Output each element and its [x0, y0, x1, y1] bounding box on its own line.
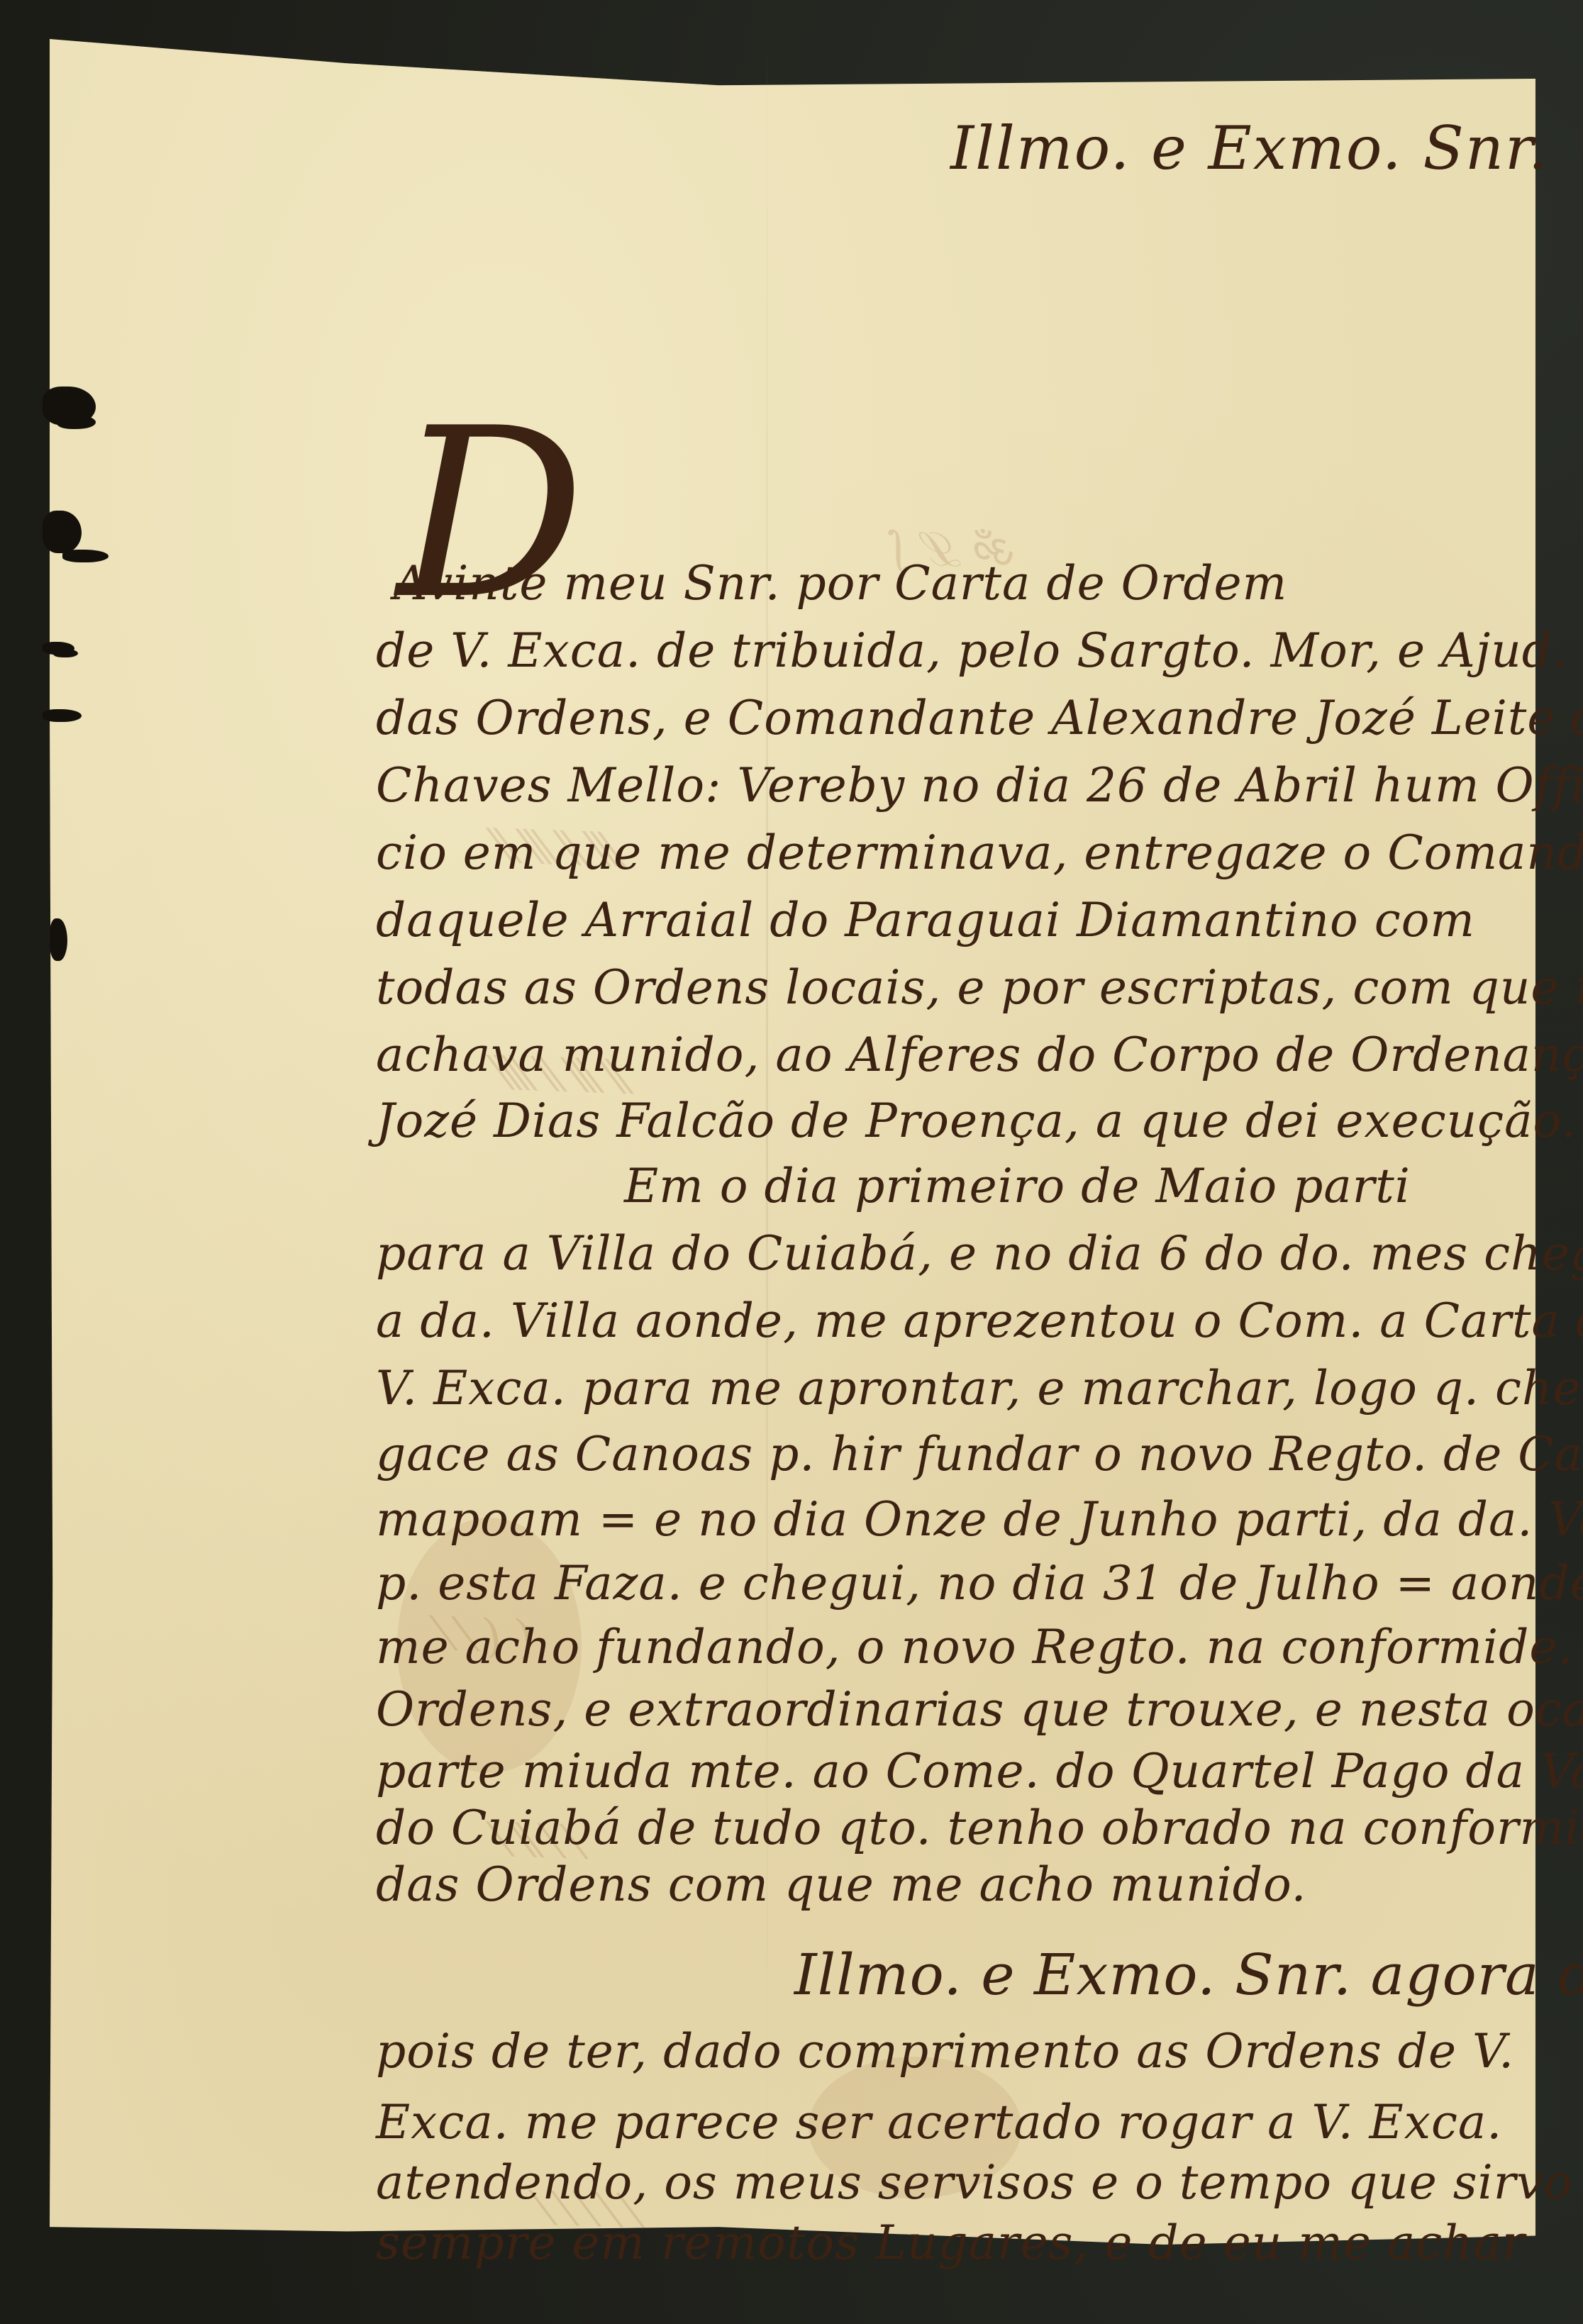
edge-damage: [53, 649, 78, 657]
text-line: pois de ter, dado comprimento as Ordens …: [376, 2028, 1539, 2075]
text-line: Exca. me parece ser acertado rogar a V. …: [376, 2099, 1539, 2146]
text-line: Chaves Mello: Vereby no dia 26 de Abril …: [376, 762, 1539, 809]
text-line: Em o dia primeiro de Maio parti: [624, 1163, 1583, 1210]
text-line: sempre em remotos Lugares, e de eu me ac…: [376, 2220, 1539, 2267]
edge-damage: [43, 709, 82, 722]
text-line: das Ordens, e Comandante Alexandre Jozé …: [376, 695, 1539, 742]
text-line: parte miuda mte. ao Come. do Quartel Pag…: [376, 1748, 1539, 1795]
edge-damage: [43, 511, 82, 553]
text-line: do Cuiabá de tudo qto. tenho obrado na c…: [376, 1805, 1539, 1852]
text-line: me acho fundando, o novo Regto. na confo…: [376, 1624, 1539, 1671]
text-line: p. esta Faza. e chegui, no dia 31 de Jul…: [376, 1560, 1539, 1607]
text-line: mapoam = e no dia Onze de Junho parti, d…: [376, 1496, 1539, 1543]
edge-damage: [50, 918, 67, 961]
header-salutation: Illmo. e Exmo. Snr.: [950, 113, 1549, 183]
text-line: todas as Ordens locais, e por escriptas,…: [376, 964, 1539, 1011]
text-line: daquele Arraial do Paraguai Diamantino c…: [376, 897, 1539, 944]
text-line: gace as Canoas p. hir fundar o novo Regt…: [376, 1431, 1539, 1478]
text-line: de V. Exca. de tribuida, pelo Sargto. Mo…: [376, 628, 1539, 674]
edge-damage: [57, 415, 96, 429]
text-line: Avinte meu Snr. por Carta de Ordem: [394, 560, 1557, 607]
text-line: a da. Villa aonde, me aprezentou o Com. …: [376, 1298, 1539, 1345]
text-line: Ordens, e extraordinarias que trouxe, e …: [376, 1686, 1539, 1733]
text-line: achava munido, ao Alferes do Corpo de Or…: [376, 1032, 1539, 1079]
edge-damage: [62, 550, 109, 562]
text-line: V. Exca. para me aprontar, e marchar, lo…: [376, 1365, 1539, 1412]
text-line: das Ordens com que me acho munido.: [376, 1862, 1539, 1908]
text-line: para a Villa do Cuiabá, e no dia 6 do do…: [376, 1230, 1539, 1277]
text-line: cio em que me determinava, entregaze o C…: [376, 830, 1539, 877]
text-line-salutation: Illmo. e Exmo. Snr. agora de: [794, 1947, 1583, 2003]
text-line: Jozé Dias Falcão de Proença, a que dei e…: [376, 1098, 1539, 1145]
text-line: atendendo, os meus servisos e o tempo qu…: [376, 2159, 1539, 2206]
